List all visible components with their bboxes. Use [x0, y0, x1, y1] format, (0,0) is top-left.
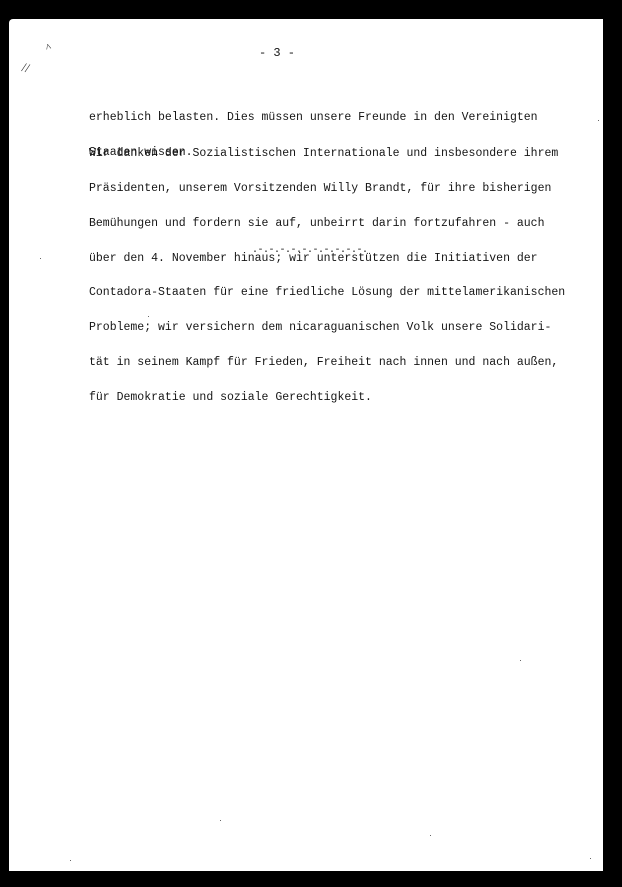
scan-speck: [520, 660, 521, 661]
text-line: Bemühungen und fordern sie auf, unbeirrt…: [89, 218, 565, 230]
page-number: - 3 -: [259, 46, 295, 60]
section-separator: .-.-.-.-.-.-.-.-.-.-.: [252, 245, 368, 256]
scan-speck: [590, 858, 591, 859]
text-line: Präsidenten, unserem Vorsitzenden Willy …: [89, 183, 565, 195]
text-line: Probleme; wir versichern dem nicaraguani…: [89, 322, 565, 334]
text-line: tät in seinem Kampf für Frieden, Freihei…: [89, 357, 565, 369]
text-line: für Demokratie und soziale Gerechtigkeit…: [89, 392, 565, 404]
scanned-page: ^ // - 3 - erheblich belasten. Dies müss…: [0, 0, 622, 887]
text-line: erheblich belasten. Dies müssen unsere F…: [89, 112, 538, 124]
scan-speck: [598, 120, 599, 121]
scan-speck: [430, 835, 431, 836]
scan-speck: [148, 316, 149, 317]
paragraph-2: Wir danken der Sozialistischen Internati…: [89, 125, 565, 426]
scan-speck: [70, 860, 71, 861]
text-line: Wir danken der Sozialistischen Internati…: [89, 148, 565, 160]
scan-speck: [220, 820, 221, 821]
text-line: Contadora-Staaten für eine friedliche Lö…: [89, 287, 565, 299]
scan-speck: [40, 258, 41, 259]
